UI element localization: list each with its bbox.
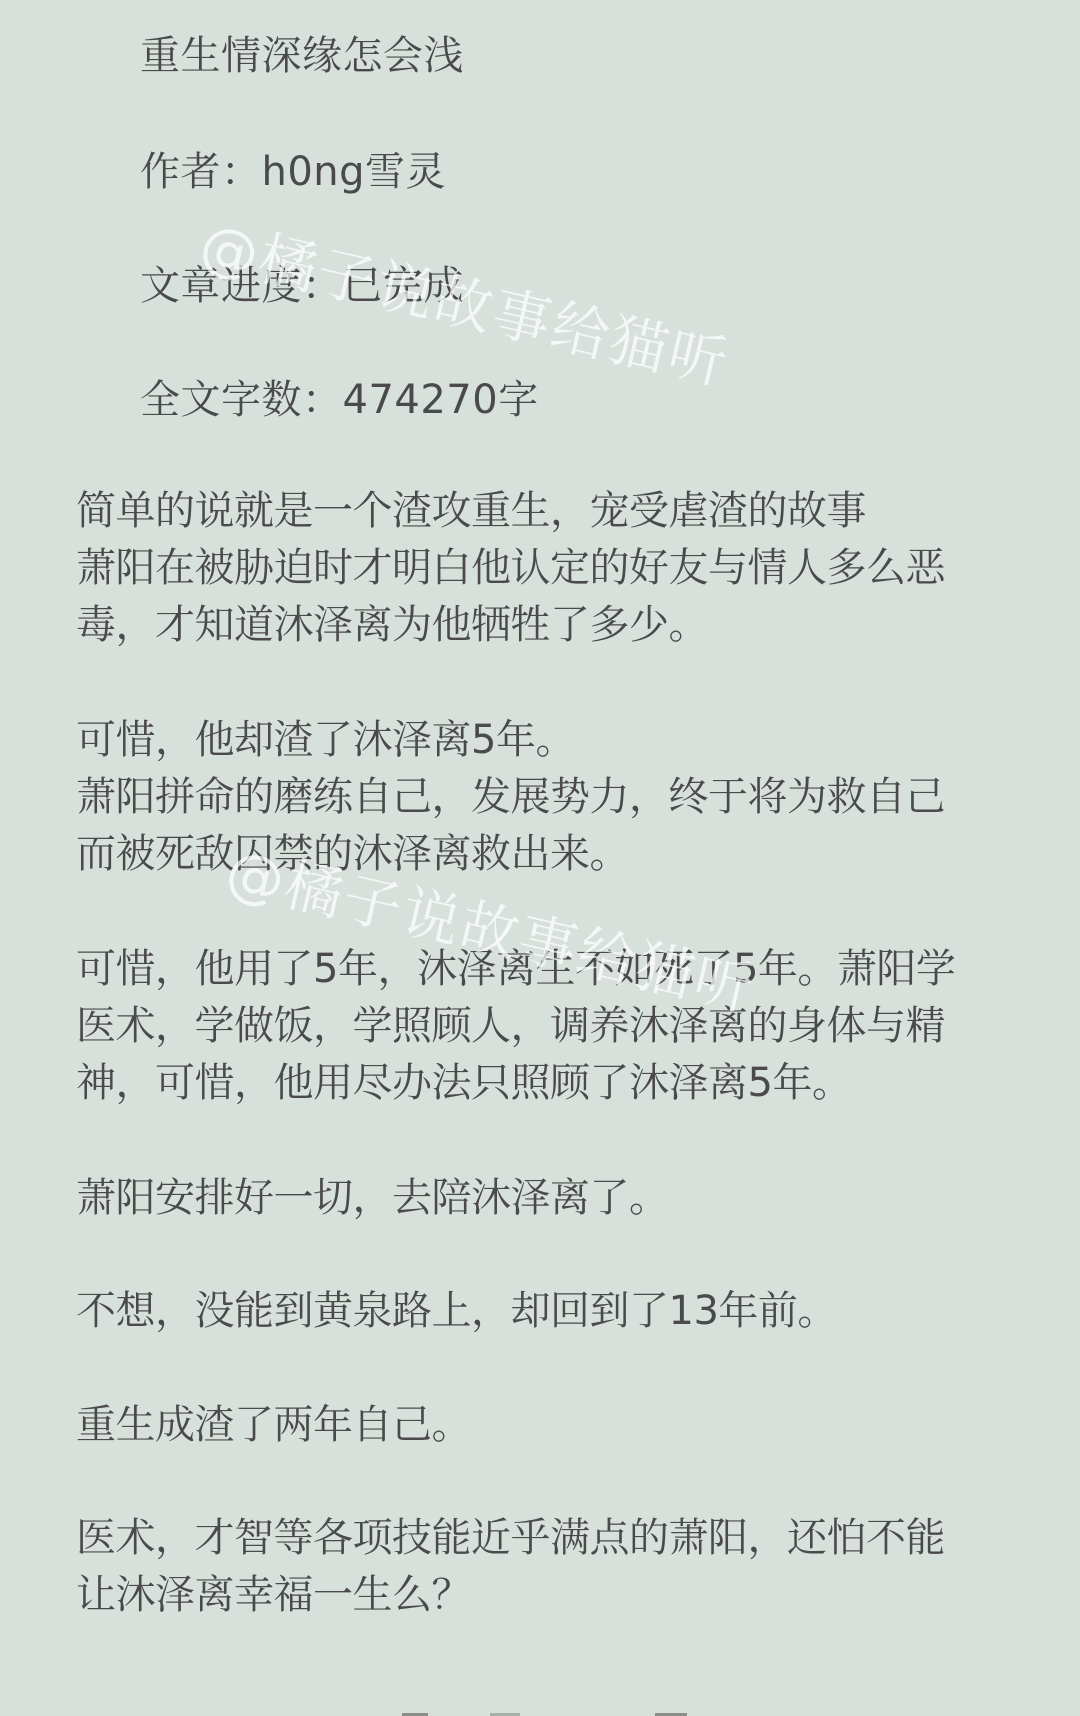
synopsis-paragraph-2: 可惜，他却渣了沐泽离5年。 萧阳拼命的磨练自己，发展势力，终于将为救自己 而被死… (76, 712, 1056, 883)
synopsis-paragraph-1: 简单的说就是一个渣攻重生，宠受虐渣的故事 萧阳在被胁迫时才明白他认定的好友与情人… (76, 483, 1056, 654)
cropped-text-fragments (0, 1711, 1080, 1716)
synopsis-paragraph-6: 重生成渣了两年自己。 (76, 1397, 1056, 1454)
text-line: 不想，没能到黄泉路上，却回到了13年前。 (76, 1283, 1056, 1340)
text-line: 神，可惜，他用尽办法只照顾了沐泽离5年。 (76, 1055, 1056, 1112)
text-line: 让沐泽离幸福一生么？ (76, 1567, 1056, 1624)
text-line: 而被死敌囚禁的沐泽离救出来。 (76, 826, 1056, 883)
text-line: 可惜，他却渣了沐泽离5年。 (76, 712, 1056, 769)
synopsis-paragraph-4: 萧阳安排好一切，去陪沐泽离了。 (76, 1170, 1056, 1227)
synopsis-paragraph-3: 可惜，他用了5年，沐泽离生不如死了5年。萧阳学 医术，学做饭，学照顾人，调养沐泽… (76, 941, 1056, 1112)
text-line: 简单的说就是一个渣攻重生，宠受虐渣的故事 (76, 483, 1056, 540)
text-line: 医术，才智等各项技能近乎满点的萧阳，还怕不能 (76, 1510, 1056, 1567)
text-line: 毒，才知道沐泽离为他牺牲了多少。 (76, 597, 1056, 654)
text-line: 可惜，他用了5年，沐泽离生不如死了5年。萧阳学 (76, 941, 1056, 998)
progress-line: 文章进度：已完成 (140, 262, 464, 310)
text-line: 医术，学做饭，学照顾人，调养沐泽离的身体与精 (76, 998, 1056, 1055)
wordcount-line: 全文字数：474270字 (140, 376, 539, 424)
text-line: 萧阳在被胁迫时才明白他认定的好友与情人多么恶 (76, 540, 1056, 597)
text-line: 萧阳拼命的磨练自己，发展势力，终于将为救自己 (76, 769, 1056, 826)
novel-title: 重生情深缘怎会浅 (140, 32, 464, 80)
text-line: 重生成渣了两年自己。 (76, 1397, 1056, 1454)
author-line: 作者：h0ng雪灵 (140, 148, 446, 196)
synopsis-paragraph-5: 不想，没能到黄泉路上，却回到了13年前。 (76, 1283, 1056, 1340)
text-line: 萧阳安排好一切，去陪沐泽离了。 (76, 1170, 1056, 1227)
synopsis-paragraph-7: 医术，才智等各项技能近乎满点的萧阳，还怕不能 让沐泽离幸福一生么？ (76, 1510, 1056, 1624)
